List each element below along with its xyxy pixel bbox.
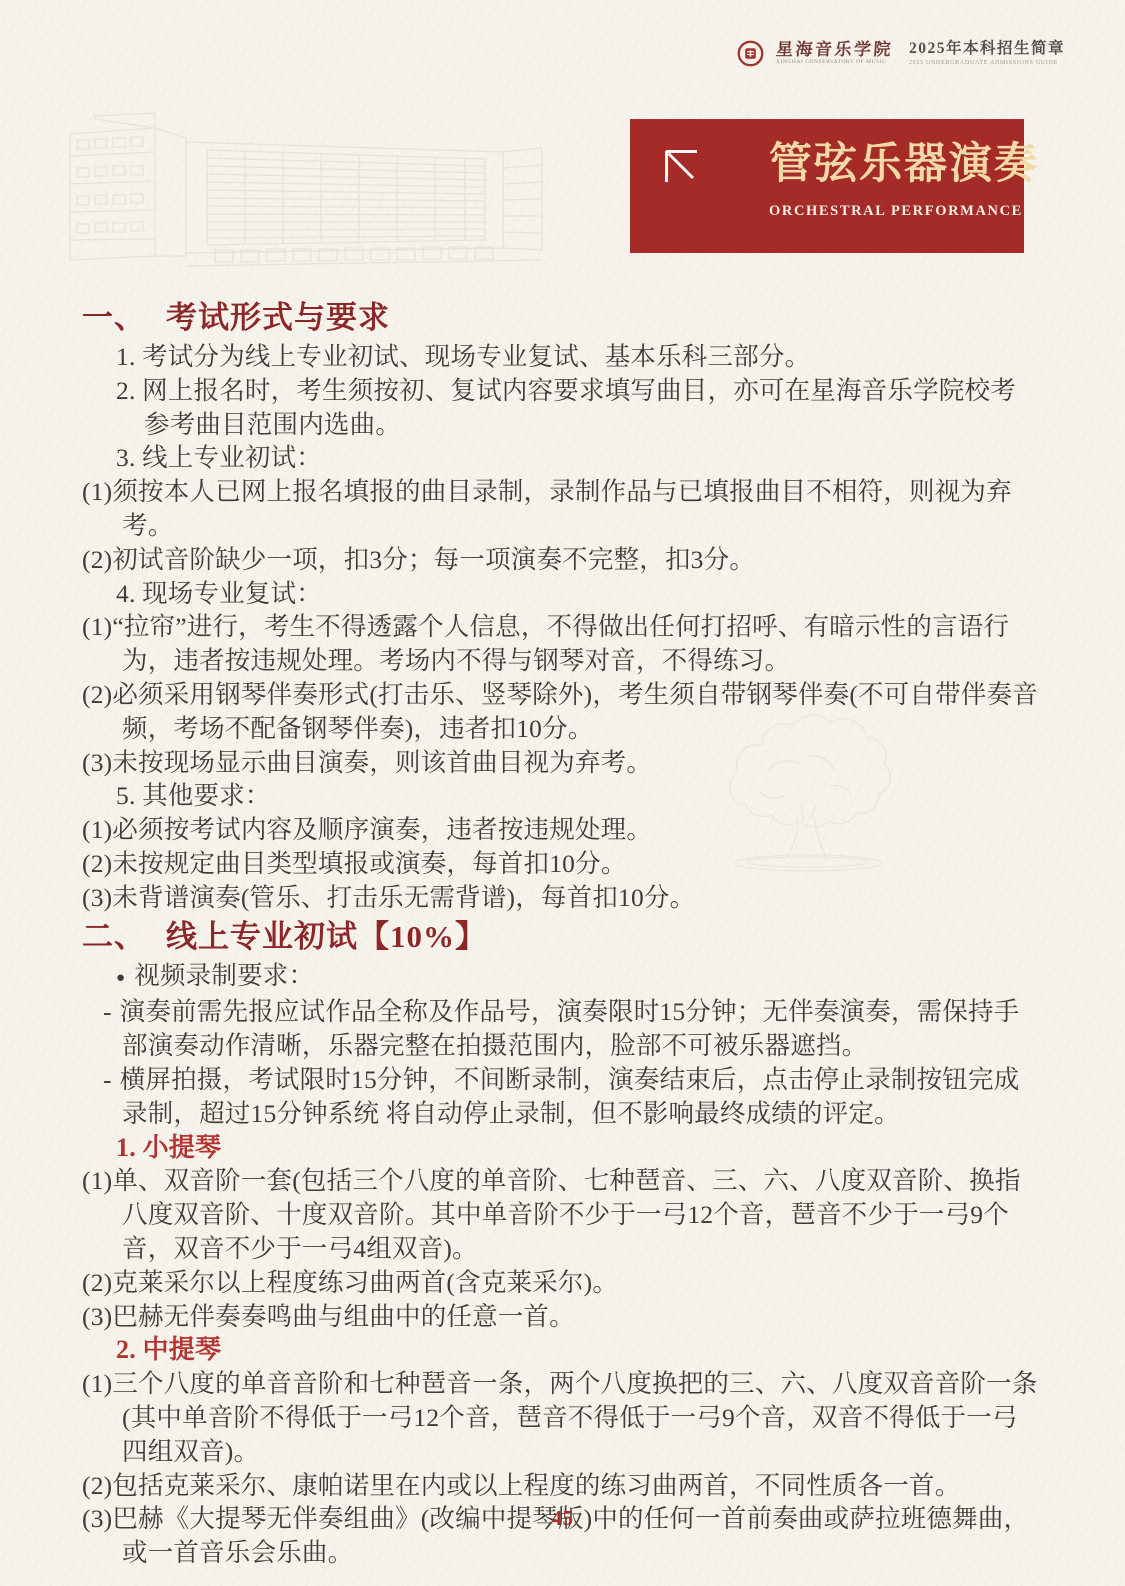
section-heading-marker: 一、: [82, 296, 146, 340]
section-banner: 管弦乐器演奏 ORCHESTRAL PERFORMANCE: [630, 119, 1024, 253]
page-header: 星海音乐学院 XINGHAI CONSERVATORY OF MUSIC 202…: [737, 40, 1065, 67]
list-item-paren: (2)初试音阶缺少一项，扣3分；每一项演奏不完整，扣3分。: [82, 543, 1041, 577]
text: 4. 现场专业复试：: [116, 579, 322, 608]
brochure-title-zh: 2025年本科招生简章: [909, 40, 1065, 57]
list-item-numbered: 4. 现场专业复试：: [82, 577, 1041, 611]
text: (2)克莱采尔以上程度练习曲两首(含克莱采尔)。: [82, 1268, 618, 1297]
list-item-paren: (2)必须采用钢琴伴奏形式(打击乐、竖琴除外)，考生须自带钢琴伴奏(不可自带伴奏…: [82, 678, 1041, 746]
school-name-en: XINGHAI CONSERVATORY OF MUSIC: [776, 59, 886, 66]
text: (3)未背谱演奏(管乐、打击乐无需背谱)，每首扣10分。: [82, 883, 695, 912]
dash-item: -演奏前需先报应试作品全称及作品号，演奏限时15分钟；无伴奏演奏，需保持手部演奏…: [82, 995, 1041, 1063]
text: (2)初试音阶缺少一项，扣3分；每一项演奏不完整，扣3分。: [82, 545, 755, 574]
list-item-paren: (1)须按本人已网上报名填报的曲目录制，录制作品与已填报曲目不相符，则视为弃考。: [82, 475, 1041, 543]
banner-text: 管弦乐器演奏 ORCHESTRAL PERFORMANCE: [769, 139, 1007, 220]
bullet-item: ●视频录制要求：: [82, 959, 1041, 996]
brochure-title: 2025年本科招生简章 2025 UNDERGRADUATE ADMISSION…: [909, 40, 1065, 67]
list-item-numbered: 3. 线上专业初试：: [82, 441, 1041, 475]
page-number: 45: [0, 1506, 1125, 1531]
list-item-paren: (1)“拉帘”进行，考生不得透露个人信息，不得做出任何打招呼、有暗示性的言语行为…: [82, 610, 1041, 678]
text: 1. 考试分为线上专业初试、现场专业复试、基本乐科三部分。: [116, 342, 810, 371]
dash-item: -横屏拍摄，考试限时15分钟，不间断录制，演奏结束后，点击停止录制按钮完成录制，…: [82, 1063, 1041, 1131]
list-item-paren: (2)包括克莱采尔、康帕诺里在内或以上程度的练习曲两首，不同性质各一首。: [82, 1469, 1041, 1503]
banner-title-en: ORCHESTRAL PERFORMANCE: [769, 203, 1007, 220]
school-name-zh: 星海音乐学院: [775, 41, 893, 59]
banner-title-zh: 管弦乐器演奏: [769, 139, 1007, 191]
list-item-paren: (3)未按现场显示曲目演奏，则该首曲目视为弃考。: [82, 746, 1041, 780]
section-heading: 二、线上专业初试【10%】: [82, 915, 1041, 959]
list-item-numbered: 1. 考试分为线上专业初试、现场专业复试、基本乐科三部分。: [82, 340, 1041, 374]
sub-heading: 1. 小提琴: [82, 1131, 1041, 1165]
sub-heading: 2. 中提琴: [82, 1333, 1041, 1367]
section-heading-marker: 二、: [82, 915, 146, 959]
text: 视频录制要求：: [134, 961, 314, 990]
list-item-paren: (1)单、双音阶一套(包括三个八度的单音阶、七种琶音、三、六、八度双音阶、换指八…: [82, 1164, 1041, 1265]
section-heading-title: 线上专业初试【10%】: [166, 915, 487, 959]
text: (3)未按现场显示曲目演奏，则该首曲目视为弃考。: [82, 748, 652, 777]
text: 横屏拍摄，考试限时15分钟，不间断录制，演奏结束后，点击停止录制按钮完成录制，超…: [120, 1065, 1020, 1128]
text: (2)未按规定曲目类型填报或演奏，每首扣10分。: [82, 849, 627, 878]
text: 1. 小提琴: [116, 1133, 221, 1162]
bullet-icon: ●: [116, 970, 125, 986]
brochure-title-en: 2025 UNDERGRADUATE ADMISSIONS GUIDE: [909, 59, 1058, 67]
section-heading-title: 考试形式与要求: [166, 296, 390, 340]
list-item-paren: (2)未按规定曲目类型填报或演奏，每首扣10分。: [82, 847, 1041, 881]
document-content: 一、考试形式与要求1. 考试分为线上专业初试、现场专业复试、基本乐科三部分。2.…: [0, 296, 1125, 1570]
dash-icon: -: [103, 1065, 112, 1094]
text: 2. 中提琴: [116, 1335, 221, 1364]
list-item-paren: (2)克莱采尔以上程度练习曲两首(含克莱采尔)。: [82, 1266, 1041, 1300]
document-page: 星海音乐学院 XINGHAI CONSERVATORY OF MUSIC 202…: [0, 0, 1125, 1586]
text: (2)必须采用钢琴伴奏形式(打击乐、竖琴除外)，考生须自带钢琴伴奏(不可自带伴奏…: [82, 680, 1038, 743]
text: (1)须按本人已网上报名填报的曲目录制，录制作品与已填报曲目不相符，则视为弃考。: [82, 477, 1012, 540]
list-item-paren: (1)必须按考试内容及顺序演奏，违者按违规处理。: [82, 813, 1041, 847]
list-item-numbered: 5. 其他要求：: [82, 779, 1041, 813]
text: 2. 网上报名时，考生须按初、复试内容要求填写曲目，亦可在星海音乐学院校考参考曲…: [116, 376, 1016, 439]
corner-arrow-icon: [664, 149, 699, 184]
text: 演奏前需先报应试作品全称及作品号，演奏限时15分钟；无伴奏演奏，需保持手部演奏动…: [120, 997, 1020, 1060]
school-seal-icon: [737, 40, 764, 67]
text: 5. 其他要求：: [116, 781, 271, 810]
text: 3. 线上专业初试：: [116, 443, 322, 472]
text: (3)巴赫无伴奏奏鸣曲与组曲中的任意一首。: [82, 1302, 575, 1331]
list-item-paren: (3)巴赫无伴奏奏鸣曲与组曲中的任意一首。: [82, 1300, 1041, 1334]
text: (1)“拉帘”进行，考生不得透露个人信息，不得做出任何打招呼、有暗示性的言语行为…: [82, 612, 1009, 675]
section-heading: 一、考试形式与要求: [82, 296, 1041, 340]
dash-icon: -: [103, 997, 112, 1026]
list-item-paren: (1)三个八度的单音音阶和七种琶音一条，两个八度换把的三、六、八度双音音阶一条(…: [82, 1367, 1041, 1468]
list-item-paren: (3)未背谱演奏(管乐、打击乐无需背谱)，每首扣10分。: [82, 881, 1041, 915]
text: (1)必须按考试内容及顺序演奏，违者按违规处理。: [82, 815, 652, 844]
school-brand: 星海音乐学院 XINGHAI CONSERVATORY OF MUSIC: [776, 41, 893, 66]
building-watermark: [55, 108, 550, 273]
text: (1)单、双音阶一套(包括三个八度的单音阶、七种琶音、三、六、八度双音阶、换指八…: [82, 1166, 1021, 1263]
text: (2)包括克莱采尔、康帕诺里在内或以上程度的练习曲两首，不同性质各一首。: [82, 1471, 960, 1500]
text: (1)三个八度的单音音阶和七种琶音一条，两个八度换把的三、六、八度双音音阶一条(…: [82, 1369, 1038, 1466]
list-item-numbered: 2. 网上报名时，考生须按初、复试内容要求填写曲目，亦可在星海音乐学院校考参考曲…: [82, 374, 1041, 442]
